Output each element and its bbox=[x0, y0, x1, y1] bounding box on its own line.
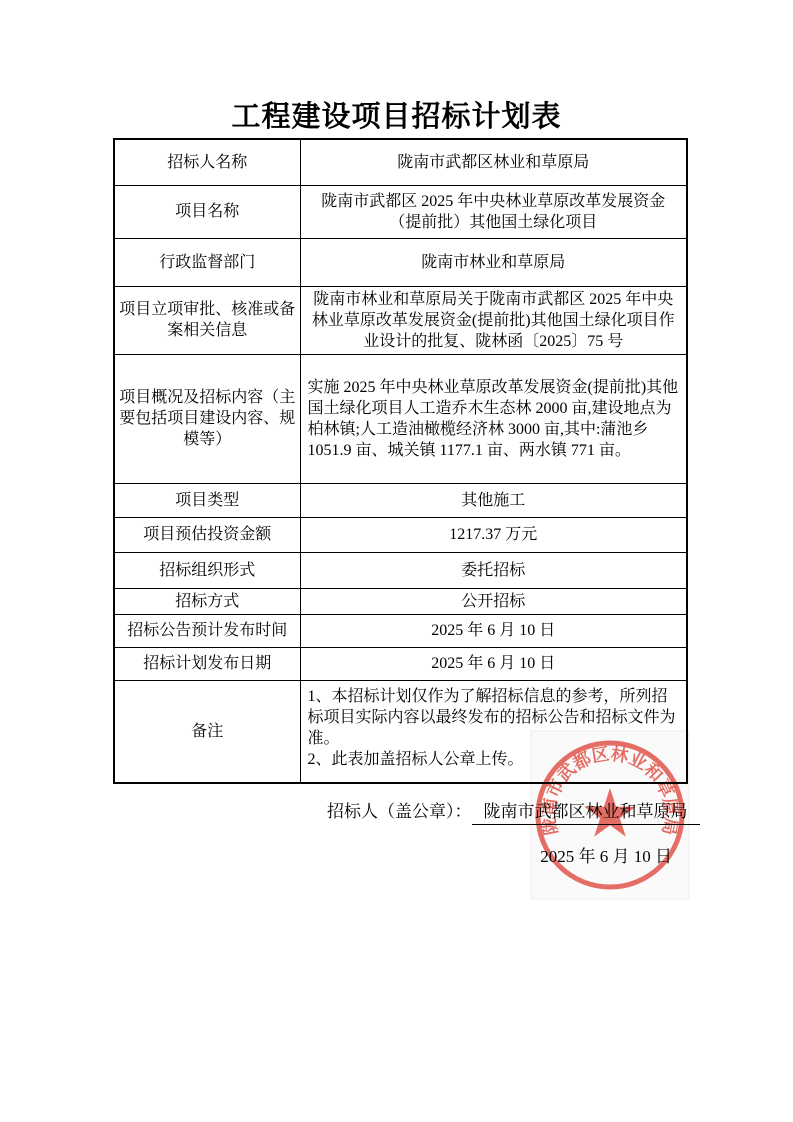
row-label-bidding-method: 招标方式 bbox=[114, 588, 300, 614]
table-row: 招标组织形式 委托招标 bbox=[114, 552, 687, 588]
table-row: 项目预估投资金额 1217.37 万元 bbox=[114, 517, 687, 552]
document-page: 工程建设项目招标计划表 招标人名称 陇南市武都区林业和草原局 项目名称 陇南市武… bbox=[0, 0, 793, 1122]
bidding-plan-table: 招标人名称 陇南市武都区林业和草原局 项目名称 陇南市武都区 2025 年中央林… bbox=[113, 138, 688, 784]
table-row: 项目概况及招标内容（主要包括项目建设内容、规模等） 实施 2025 年中央林业草… bbox=[114, 354, 687, 483]
row-value-project-type: 其他施工 bbox=[300, 483, 687, 517]
row-value-announcement-date: 2025 年 6 月 10 日 bbox=[300, 614, 687, 647]
row-value-project-name: 陇南市武都区 2025 年中央林业草原改革发展资金（提前批）其他国土绿化项目 bbox=[300, 185, 687, 238]
table-row: 项目立项审批、核准或备案相关信息 陇南市林业和草原局关于陇南市武都区 2025 … bbox=[114, 286, 687, 354]
row-value-plan-publish-date: 2025 年 6 月 10 日 bbox=[300, 647, 687, 680]
row-label-announcement-date: 招标公告预计发布时间 bbox=[114, 614, 300, 647]
row-value-organization-form: 委托招标 bbox=[300, 552, 687, 588]
row-label-plan-publish-date: 招标计划发布日期 bbox=[114, 647, 300, 680]
row-value-estimated-investment: 1217.37 万元 bbox=[300, 517, 687, 552]
table-row: 项目类型 其他施工 bbox=[114, 483, 687, 517]
row-label-organization-form: 招标组织形式 bbox=[114, 552, 300, 588]
row-label-project-type: 项目类型 bbox=[114, 483, 300, 517]
table-row: 项目名称 陇南市武都区 2025 年中央林业草原改革发展资金（提前批）其他国土绿… bbox=[114, 185, 687, 238]
signer-name: 陇南市武都区林业和草原局 bbox=[472, 797, 700, 825]
row-value-bidding-method: 公开招标 bbox=[300, 588, 687, 614]
table-row: 招标计划发布日期 2025 年 6 月 10 日 bbox=[114, 647, 687, 680]
table-row: 招标公告预计发布时间 2025 年 6 月 10 日 bbox=[114, 614, 687, 647]
table-row: 招标方式 公开招标 bbox=[114, 588, 687, 614]
table-row: 备注 1、本招标计划仅作为了解招标信息的参考，所列招标项目实际内容以最终发布的招… bbox=[114, 680, 687, 783]
row-value-supervisory-dept: 陇南市林业和草原局 bbox=[300, 238, 687, 286]
page-title: 工程建设项目招标计划表 bbox=[0, 94, 793, 135]
signer-label: 招标人（盖公章）： bbox=[327, 802, 472, 821]
row-label-bidder-name: 招标人名称 bbox=[114, 139, 300, 185]
row-value-bidder-name: 陇南市武都区林业和草原局 bbox=[300, 139, 687, 185]
signer-line: 招标人（盖公章）：陇南市武都区林业和草原局 bbox=[327, 797, 700, 825]
row-value-approval-info: 陇南市林业和草原局关于陇南市武都区 2025 年中央林业草原改革发展资金(提前批… bbox=[300, 286, 687, 354]
signature-date: 2025 年 6 月 10 日 bbox=[452, 842, 672, 867]
row-label-project-overview: 项目概况及招标内容（主要包括项目建设内容、规模等） bbox=[114, 354, 300, 483]
table-row: 行政监督部门 陇南市林业和草原局 bbox=[114, 238, 687, 286]
row-label-estimated-investment: 项目预估投资金额 bbox=[114, 517, 300, 552]
row-label-remarks: 备注 bbox=[114, 680, 300, 783]
row-value-remarks: 1、本招标计划仅作为了解招标信息的参考，所列招标项目实际内容以最终发布的招标公告… bbox=[300, 680, 687, 783]
row-label-supervisory-dept: 行政监督部门 bbox=[114, 238, 300, 286]
row-label-approval-info: 项目立项审批、核准或备案相关信息 bbox=[114, 286, 300, 354]
table-row: 招标人名称 陇南市武都区林业和草原局 bbox=[114, 139, 687, 185]
row-label-project-name: 项目名称 bbox=[114, 185, 300, 238]
row-value-project-overview: 实施 2025 年中央林业草原改革发展资金(提前批)其他国土绿化项目人工造乔木生… bbox=[300, 354, 687, 483]
